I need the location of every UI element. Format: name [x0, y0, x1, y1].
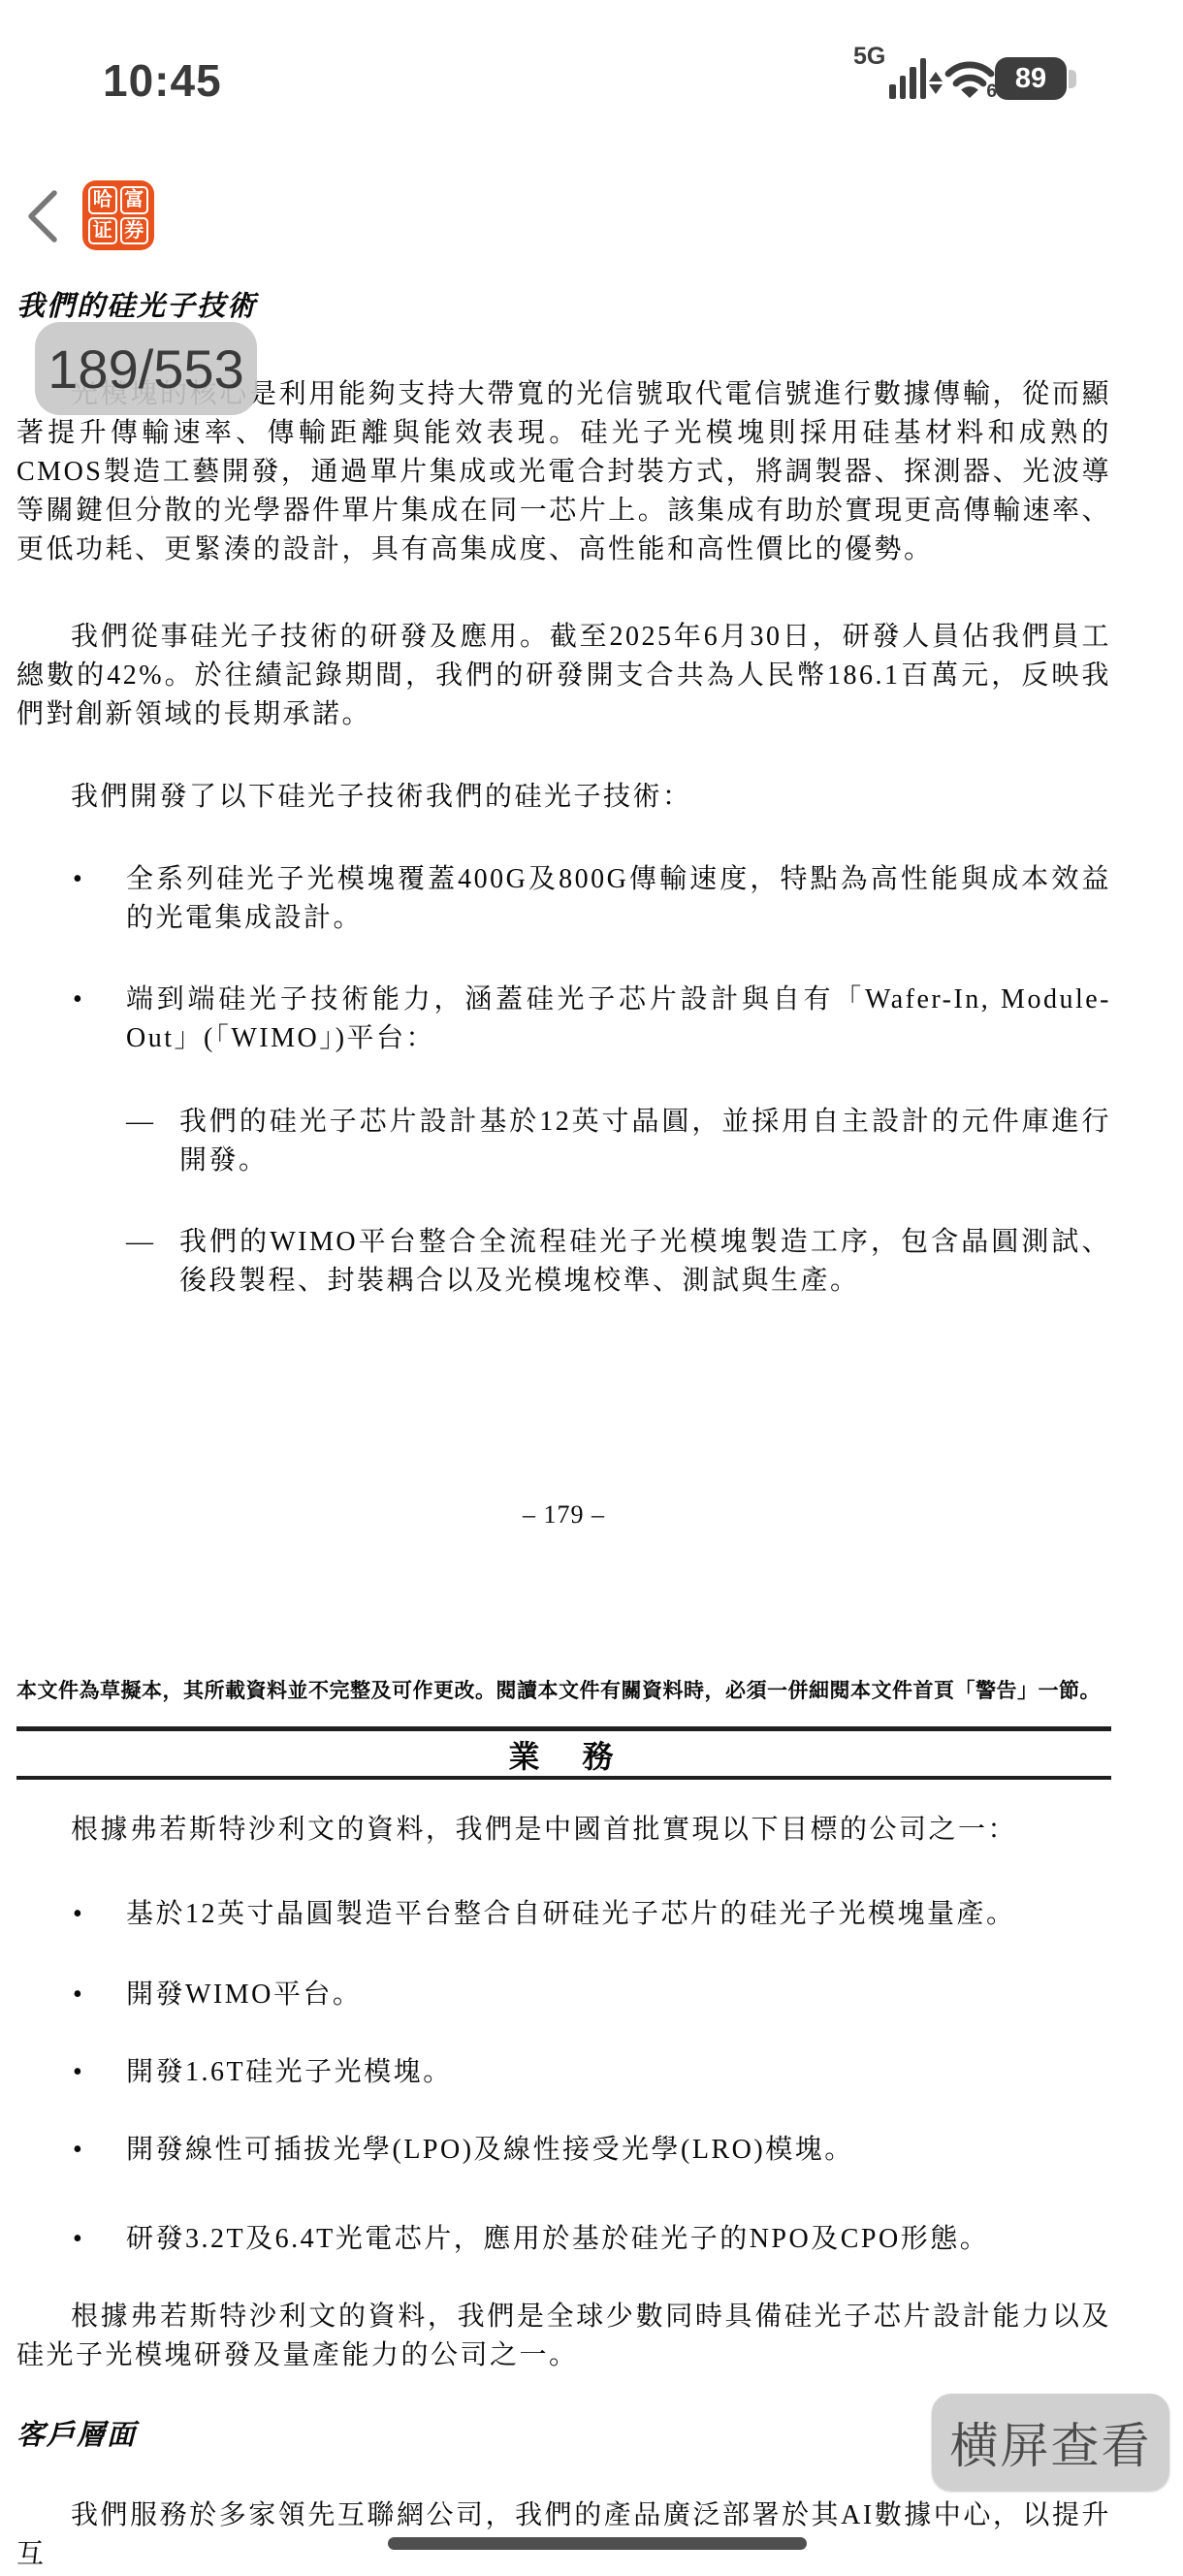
- bullet-marker: •: [73, 2053, 126, 2092]
- section-rule-bottom: [16, 1776, 1111, 1780]
- sub-bullet-item: — 我們的硅光子芯片設計基於12英寸晶圓，並採用自主設計的元件庫進行開發。: [16, 1103, 1111, 1180]
- paragraph: 根據弗若斯特沙利文的資料，我們是全球少數同時具備硅光子芯片設計能力以及硅光子光模…: [16, 2298, 1111, 2375]
- dash-marker: —: [126, 1223, 179, 1301]
- section-rule-top: [16, 1726, 1111, 1731]
- bullet-item: • 研發3.2T及6.4T光電芯片，應用於基於硅光子的NPO及CPO形態。: [16, 2220, 1111, 2259]
- draft-disclaimer: 本文件為草擬本，其所載資料並不完整及可作更改。閱讀本文件有關資料時，必須一併細閱…: [16, 1675, 1111, 1706]
- page-position-overlay: 189/553: [35, 322, 257, 415]
- sub-bullet-item: — 我們的WIMO平台整合全流程硅光子光模塊製造工序，包含晶圓測試、後段製程、封…: [16, 1223, 1111, 1301]
- dash-marker: —: [126, 1103, 179, 1180]
- bullet-marker: •: [73, 1976, 126, 2014]
- bullet-marker: •: [73, 860, 126, 938]
- landscape-view-button[interactable]: 横屏查看: [932, 2394, 1169, 2491]
- paragraph: 根據弗若斯特沙利文的資料，我們是中國首批實現以下目標的公司之一：: [16, 1811, 1111, 1850]
- bullet-marker: •: [73, 2131, 126, 2170]
- pdf-page-number: – 179 –: [16, 1496, 1111, 1534]
- doc-title: 我們的硅光子技術: [16, 287, 1111, 326]
- bullet-item: • 開發1.6T硅光子光模塊。: [16, 2053, 1111, 2092]
- bullet-item: • 開發WIMO平台。: [16, 1976, 1111, 2014]
- bullet-item: • 全系列硅光子光模塊覆蓋400G及800G傳輸速度，特點為高性能與成本效益的光…: [16, 860, 1111, 938]
- bullet-marker: •: [73, 981, 126, 1058]
- bullet-item: • 基於12英寸晶圓製造平台整合自研硅光子芯片的硅光子光模塊量產。: [16, 1895, 1111, 1934]
- section-heading: 業 務: [16, 1738, 1111, 1775]
- phone-screen: { "status_bar": { "time": "10:45", "netw…: [0, 0, 1183, 2576]
- home-indicator[interactable]: [388, 2537, 807, 2550]
- bullet-marker: •: [73, 1895, 126, 1934]
- paragraph: 我們從事硅光子技術的研發及應用。截至2025年6月30日，研發人員佔我們員工總數…: [16, 618, 1111, 734]
- paragraph: 我們開發了以下硅光子技術我們的硅光子技術：: [16, 778, 1111, 817]
- paragraph: 我們服務於多家領先互聯網公司，我們的產品廣泛部署於其AI數據中心，以提升互: [16, 2496, 1111, 2574]
- bullet-item: • 端到端硅光子技術能力，涵蓋硅光子芯片設計與自有「Wafer-In, Modu…: [16, 981, 1111, 1058]
- bullet-item: • 開發線性可插拔光學(LPO)及線性接受光學(LRO)模塊。: [16, 2131, 1111, 2170]
- bullet-marker: •: [73, 2220, 126, 2259]
